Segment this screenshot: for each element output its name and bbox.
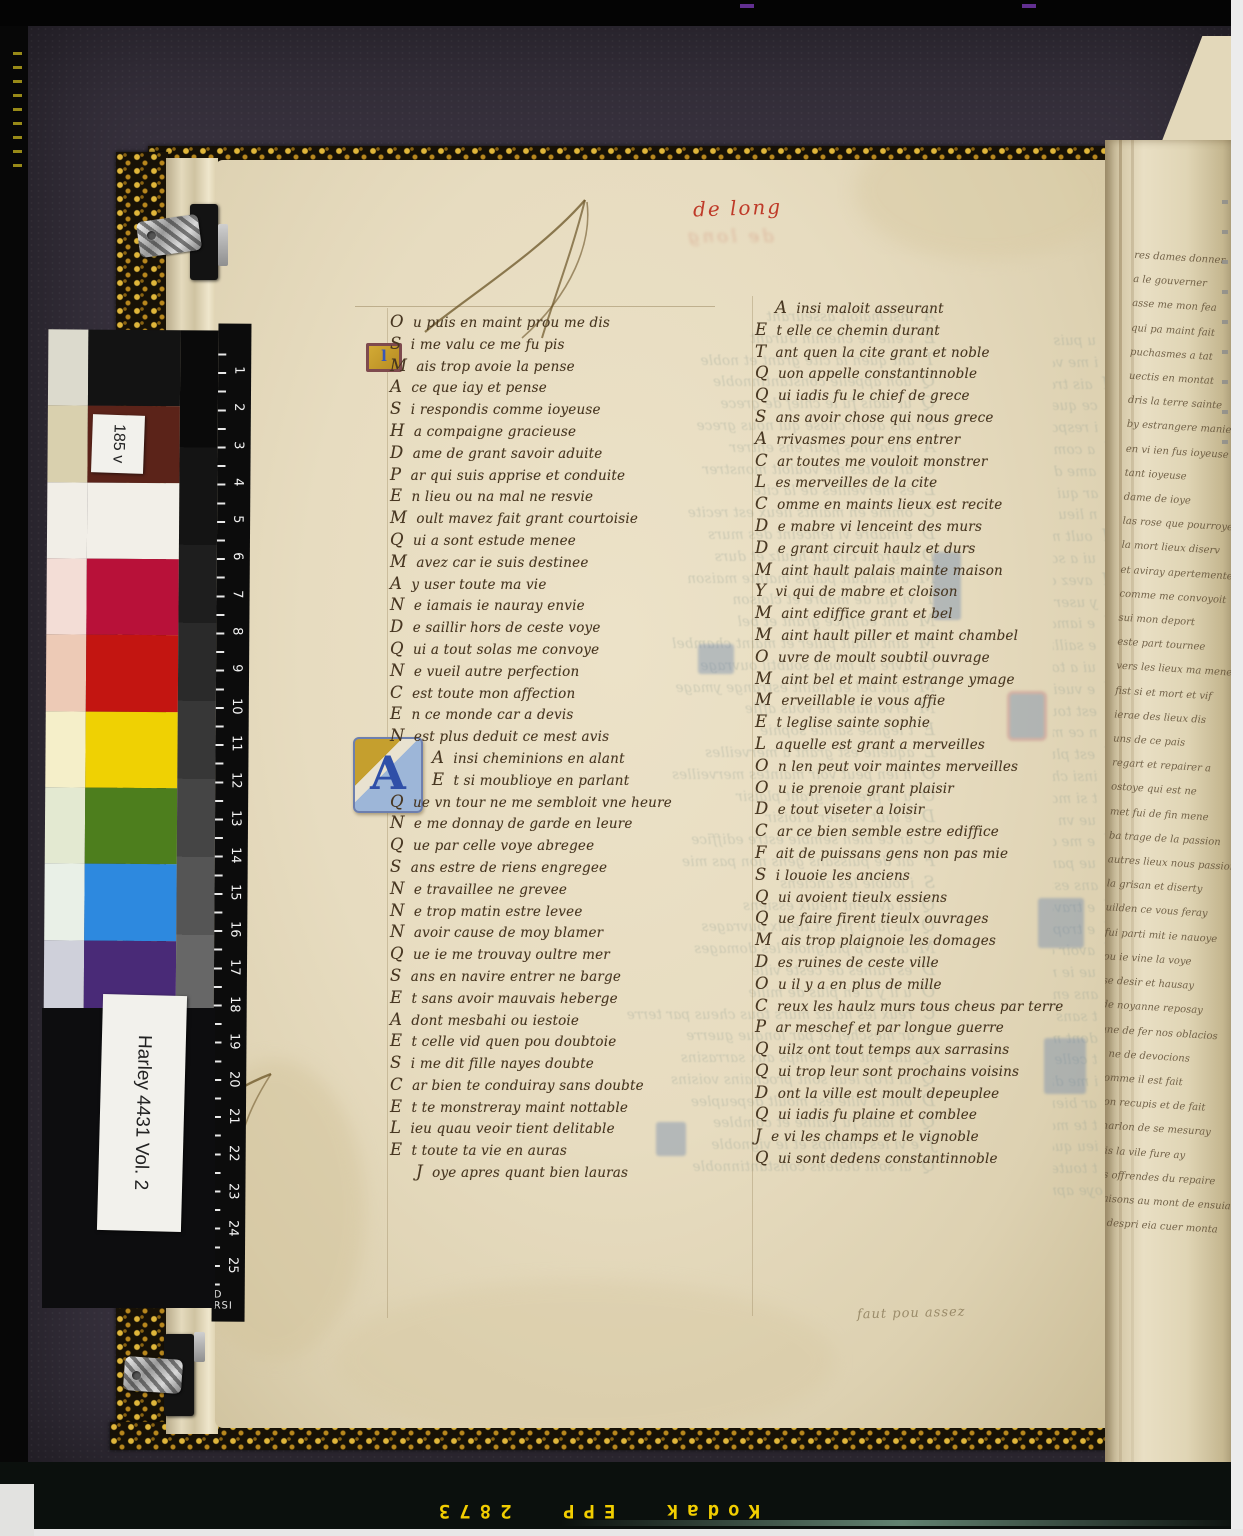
ruler-number: 5 — [219, 507, 256, 532]
verse-line: M avez car ie suis destinee — [390, 552, 710, 574]
verse-line: Q ue vn tour ne me sembloit vne heure — [390, 792, 710, 814]
verse-line: D ame de grant savoir aduite — [390, 443, 710, 465]
verse-line: Q ui a tout solas me convoye — [390, 639, 710, 661]
film-sprocket-dots — [1222, 200, 1228, 460]
clip-screw — [132, 1371, 141, 1380]
verse-line: S i me dit fille nayes doubte — [390, 1053, 710, 1075]
verse-line: N e travaillee ne grevee — [390, 879, 710, 901]
ruling-line — [387, 308, 388, 1318]
ruler-number: 13 — [217, 805, 254, 830]
ruler-number: 7 — [218, 581, 255, 606]
verse-line: D e tout viseter a loisir — [755, 799, 1085, 821]
film-bottom-edge — [0, 1529, 1243, 1536]
tint-patch — [44, 864, 85, 941]
verse-line: E t leglise sainte sophie — [755, 712, 1085, 734]
verse-line: M aint bel et maint estrange ymage — [755, 669, 1085, 691]
color-patch — [86, 635, 179, 712]
verse-line: S ans estre de riens engregee — [390, 857, 710, 879]
tint-patch — [46, 635, 87, 712]
tint-patch — [45, 787, 86, 864]
running-header: de long — [693, 194, 783, 221]
verse-line: Q ui trop leur sont prochains voisins — [755, 1061, 1085, 1083]
verse-line: O uvre de moult soubtil ouvrage — [755, 647, 1085, 669]
ruler-number: 16 — [216, 917, 253, 942]
marginal-inscription: faut pou assez — [857, 1305, 966, 1323]
verse-line: Q uon appelle constantinnoble — [755, 363, 1085, 385]
ruler-number: 24 — [214, 1215, 251, 1240]
ruler-number: 22 — [214, 1141, 251, 1166]
tint-patch — [47, 406, 88, 483]
ruler-number: 21 — [215, 1104, 252, 1129]
ruler-number: 11 — [217, 731, 254, 756]
folio-label: 185 v — [91, 414, 145, 474]
verse-line: S i respondis comme ioyeuse — [390, 399, 710, 421]
running-header-showthrough: de long — [685, 226, 774, 247]
verse-line: D e mabre vi lenceint des murs — [755, 516, 1085, 538]
ruler-number: 2 — [220, 395, 257, 420]
shelfmark-label: Harley 4431 Vol. 2 — [97, 994, 187, 1232]
ruler-number: 23 — [214, 1178, 251, 1203]
verse-line: N e me donnay de garde en leure — [390, 813, 710, 835]
verse-line: O u il y a en plus de mille — [755, 974, 1085, 996]
verse-line: N e iamais ie nauray envie — [390, 595, 710, 617]
verse-line: Q ui sont dedens constantinnoble — [755, 1148, 1085, 1170]
verse-line: E t te monstreray maint nottable — [390, 1097, 710, 1119]
verse-line: D e saillir hors de ceste voye — [390, 617, 710, 639]
verse-line: E t toute ta vie en auras — [390, 1140, 710, 1162]
verse-line: A insi cheminions en alant — [390, 748, 710, 770]
verse-line: O u puis en maint prou me dis — [390, 312, 710, 334]
ruling-line — [355, 306, 715, 307]
verse-line: N avoir cause de moy blamer — [390, 922, 710, 944]
color-patch — [85, 711, 178, 788]
verse-line: N e vueil autre perfection — [390, 661, 710, 683]
ruler-number: 4 — [219, 470, 256, 495]
clip-screw — [147, 231, 156, 240]
verse-line: S ans en navire entrer ne barge — [390, 966, 710, 988]
ruler-number: 18 — [216, 992, 253, 1017]
parchment-stain — [335, 1280, 835, 1428]
verse-line: N e trop matin estre levee — [390, 901, 710, 923]
ruler-number: 17 — [216, 954, 253, 979]
film-right-edge — [1231, 0, 1243, 1536]
film-registration-mark — [740, 4, 754, 8]
ruler-number: 8 — [218, 619, 255, 644]
tint-patch — [46, 558, 87, 635]
ruler-footer-label: D RSI — [214, 1289, 245, 1311]
verse-line: Q uilz ont tout temps aux sarrasins — [755, 1039, 1085, 1061]
color-patch — [87, 482, 180, 559]
verse-line: Q ui iadis fu le chief de grece — [755, 385, 1085, 407]
text-column-1: O u puis en maint prou me disS i me valu… — [390, 312, 710, 1184]
verse-line: H a compaigne gracieuse — [390, 421, 710, 443]
verse-line: D e grant circuit haulz et durs — [755, 538, 1085, 560]
tint-patch-column — [44, 329, 89, 1016]
text-column-2: A insi maloit asseurantE t elle ce chemi… — [755, 298, 1085, 1170]
clip-tab — [218, 224, 228, 266]
ruler-number: 9 — [218, 656, 255, 681]
facing-page-text: res dames donnera le gouvernerasse me mo… — [1105, 244, 1233, 1245]
verse-line: J e vi les champs et le vignoble — [755, 1126, 1085, 1148]
film-edge-label: Kodak EPP 2873 — [330, 1492, 760, 1522]
ruler-number: 14 — [217, 842, 254, 867]
ruler-number: 25 — [214, 1253, 251, 1278]
verse-line: Y vi qui de mabre et cloison — [755, 581, 1085, 603]
film-registration-mark — [1022, 4, 1036, 8]
tint-patch — [48, 329, 89, 406]
verse-line: M aint hault palais mainte maison — [755, 560, 1085, 582]
verse-line: L aquelle est grant a merveilles — [755, 734, 1085, 756]
color-patch — [88, 330, 181, 407]
ruler-number: 19 — [215, 1029, 252, 1054]
parchment-stain — [855, 160, 1108, 260]
verse-line: E n lieu ou na mal ne resvie — [390, 486, 710, 508]
ruler-number: 15 — [216, 880, 253, 905]
verse-line: C ar ce bien semble estre ediffice — [755, 821, 1085, 843]
verse-line: O u ie prenoie grant plaisir — [755, 778, 1085, 800]
verse-line: M ais trop plaignoie les domages — [755, 930, 1085, 952]
verse-line: L ieu quau veoir tient delitable — [390, 1118, 710, 1140]
verse-line: Q ui avoient tieulx essiens — [755, 887, 1085, 909]
verse-line: M ais trop avoie la pense — [390, 356, 710, 378]
verse-line: P ar meschef et par longue guerre — [755, 1017, 1085, 1039]
verse-line: E t elle ce chemin durant — [755, 320, 1085, 342]
ruler-number: 6 — [219, 544, 256, 569]
verse-line: S ans avoir chose qui nous grece — [755, 407, 1085, 429]
ruler-number: 12 — [217, 768, 254, 793]
ruler-number: 20 — [215, 1066, 252, 1091]
verse-line: A y user toute ma vie — [390, 574, 710, 596]
verse-line: A dont mesbahi ou iestoie — [390, 1010, 710, 1032]
verse-line: C ar toutes me vouloit monstrer — [755, 451, 1085, 473]
color-patch — [85, 788, 178, 865]
color-patch — [86, 559, 179, 636]
film-edge-marks — [13, 52, 22, 172]
film-top-edge — [0, 0, 1243, 26]
ruler-numbers: 1234567891011121314151617181920212223242… — [220, 352, 252, 1285]
ruler: 1234567891011121314151617181920212223242… — [212, 323, 252, 1321]
verse-line: F ait de puissans gens non pas mie — [755, 843, 1085, 865]
verse-line: Q ui a sont estude menee — [390, 530, 710, 552]
verse-line: D ont la ville est moult depeuplee — [755, 1083, 1085, 1105]
verse-line: M erveillable ie vous affie — [755, 690, 1085, 712]
verse-line: Q ue faire firent tieulx ouvrages — [755, 908, 1085, 930]
clip-tab — [194, 1332, 205, 1362]
verse-line: C omme en maints lieux est recite — [755, 494, 1085, 516]
ruling-line — [752, 296, 753, 1316]
verse-line: C reux les haulz murs tous cheus par ter… — [755, 996, 1085, 1018]
verse-line: A ce que iay et pense — [390, 377, 710, 399]
color-patch — [84, 864, 177, 941]
verse-line: T ant quen la cite grant et noble — [755, 342, 1085, 364]
verse-line: A rrivasmes pour ens entrer — [755, 429, 1085, 451]
tint-patch — [45, 711, 86, 788]
verse-line: Q ue par celle voye abregee — [390, 835, 710, 857]
verse-line: E t sans avoir mauvais heberge — [390, 988, 710, 1010]
verse-line: M aint ediffice grant et bel — [755, 603, 1085, 625]
manuscript-page: A insi maloit asseurantE t elle ce chemi… — [215, 160, 1108, 1428]
verse-line: E n ce monde car a devis — [390, 704, 710, 726]
photograph-stage: A insi maloit asseurantE t elle ce chemi… — [0, 0, 1243, 1536]
tint-patch — [47, 482, 88, 559]
film-corner — [0, 1484, 34, 1536]
verse-line: E t celle vid quen pou doubtoie — [390, 1031, 710, 1053]
verse-line: D es ruines de ceste ville — [755, 952, 1085, 974]
verse-line: C est toute mon affection — [390, 683, 710, 705]
ruler-number: 1 — [220, 358, 257, 383]
verse-line: S i me valu ce me fu pis — [390, 334, 710, 356]
verse-line: P ar qui suis apprise et conduite — [390, 465, 710, 487]
verse-line: Q ui iadis fu plaine et comblee — [755, 1104, 1085, 1126]
verse-line: A insi maloit asseurant — [755, 298, 1085, 320]
verse-line: S i louoie les anciens — [755, 865, 1085, 887]
verse-line: M aint hault piller et maint chambel — [755, 625, 1085, 647]
binder-clip-bottom — [118, 1328, 213, 1420]
tint-patch — [44, 940, 85, 1017]
verse-line: Q ue ie me trouvay oultre mer — [390, 944, 710, 966]
binder-clip-top — [138, 202, 228, 282]
ghost-line: J oye apres quant bien lauras — [1053, 1180, 1108, 1202]
verse-line: M oult mavez fait grant courtoisie — [390, 508, 710, 530]
verse-line: L es merveilles de la cite — [755, 472, 1085, 494]
verse-line: E t si moublioye en parlant — [390, 770, 710, 792]
verse-line: N est plus deduit ce mest avis — [390, 726, 710, 748]
verse-line: J oye apres quant bien lauras — [390, 1162, 710, 1184]
ruler-number: 10 — [218, 693, 255, 718]
verse-line: O n len peut voir maintes merveilles — [755, 756, 1085, 778]
ruler-number: 3 — [219, 432, 256, 457]
facing-page-edge: res dames donnera le gouvernerasse me mo… — [1105, 140, 1233, 1474]
verse-line: C ar bien te conduiray sans doubte — [390, 1075, 710, 1097]
